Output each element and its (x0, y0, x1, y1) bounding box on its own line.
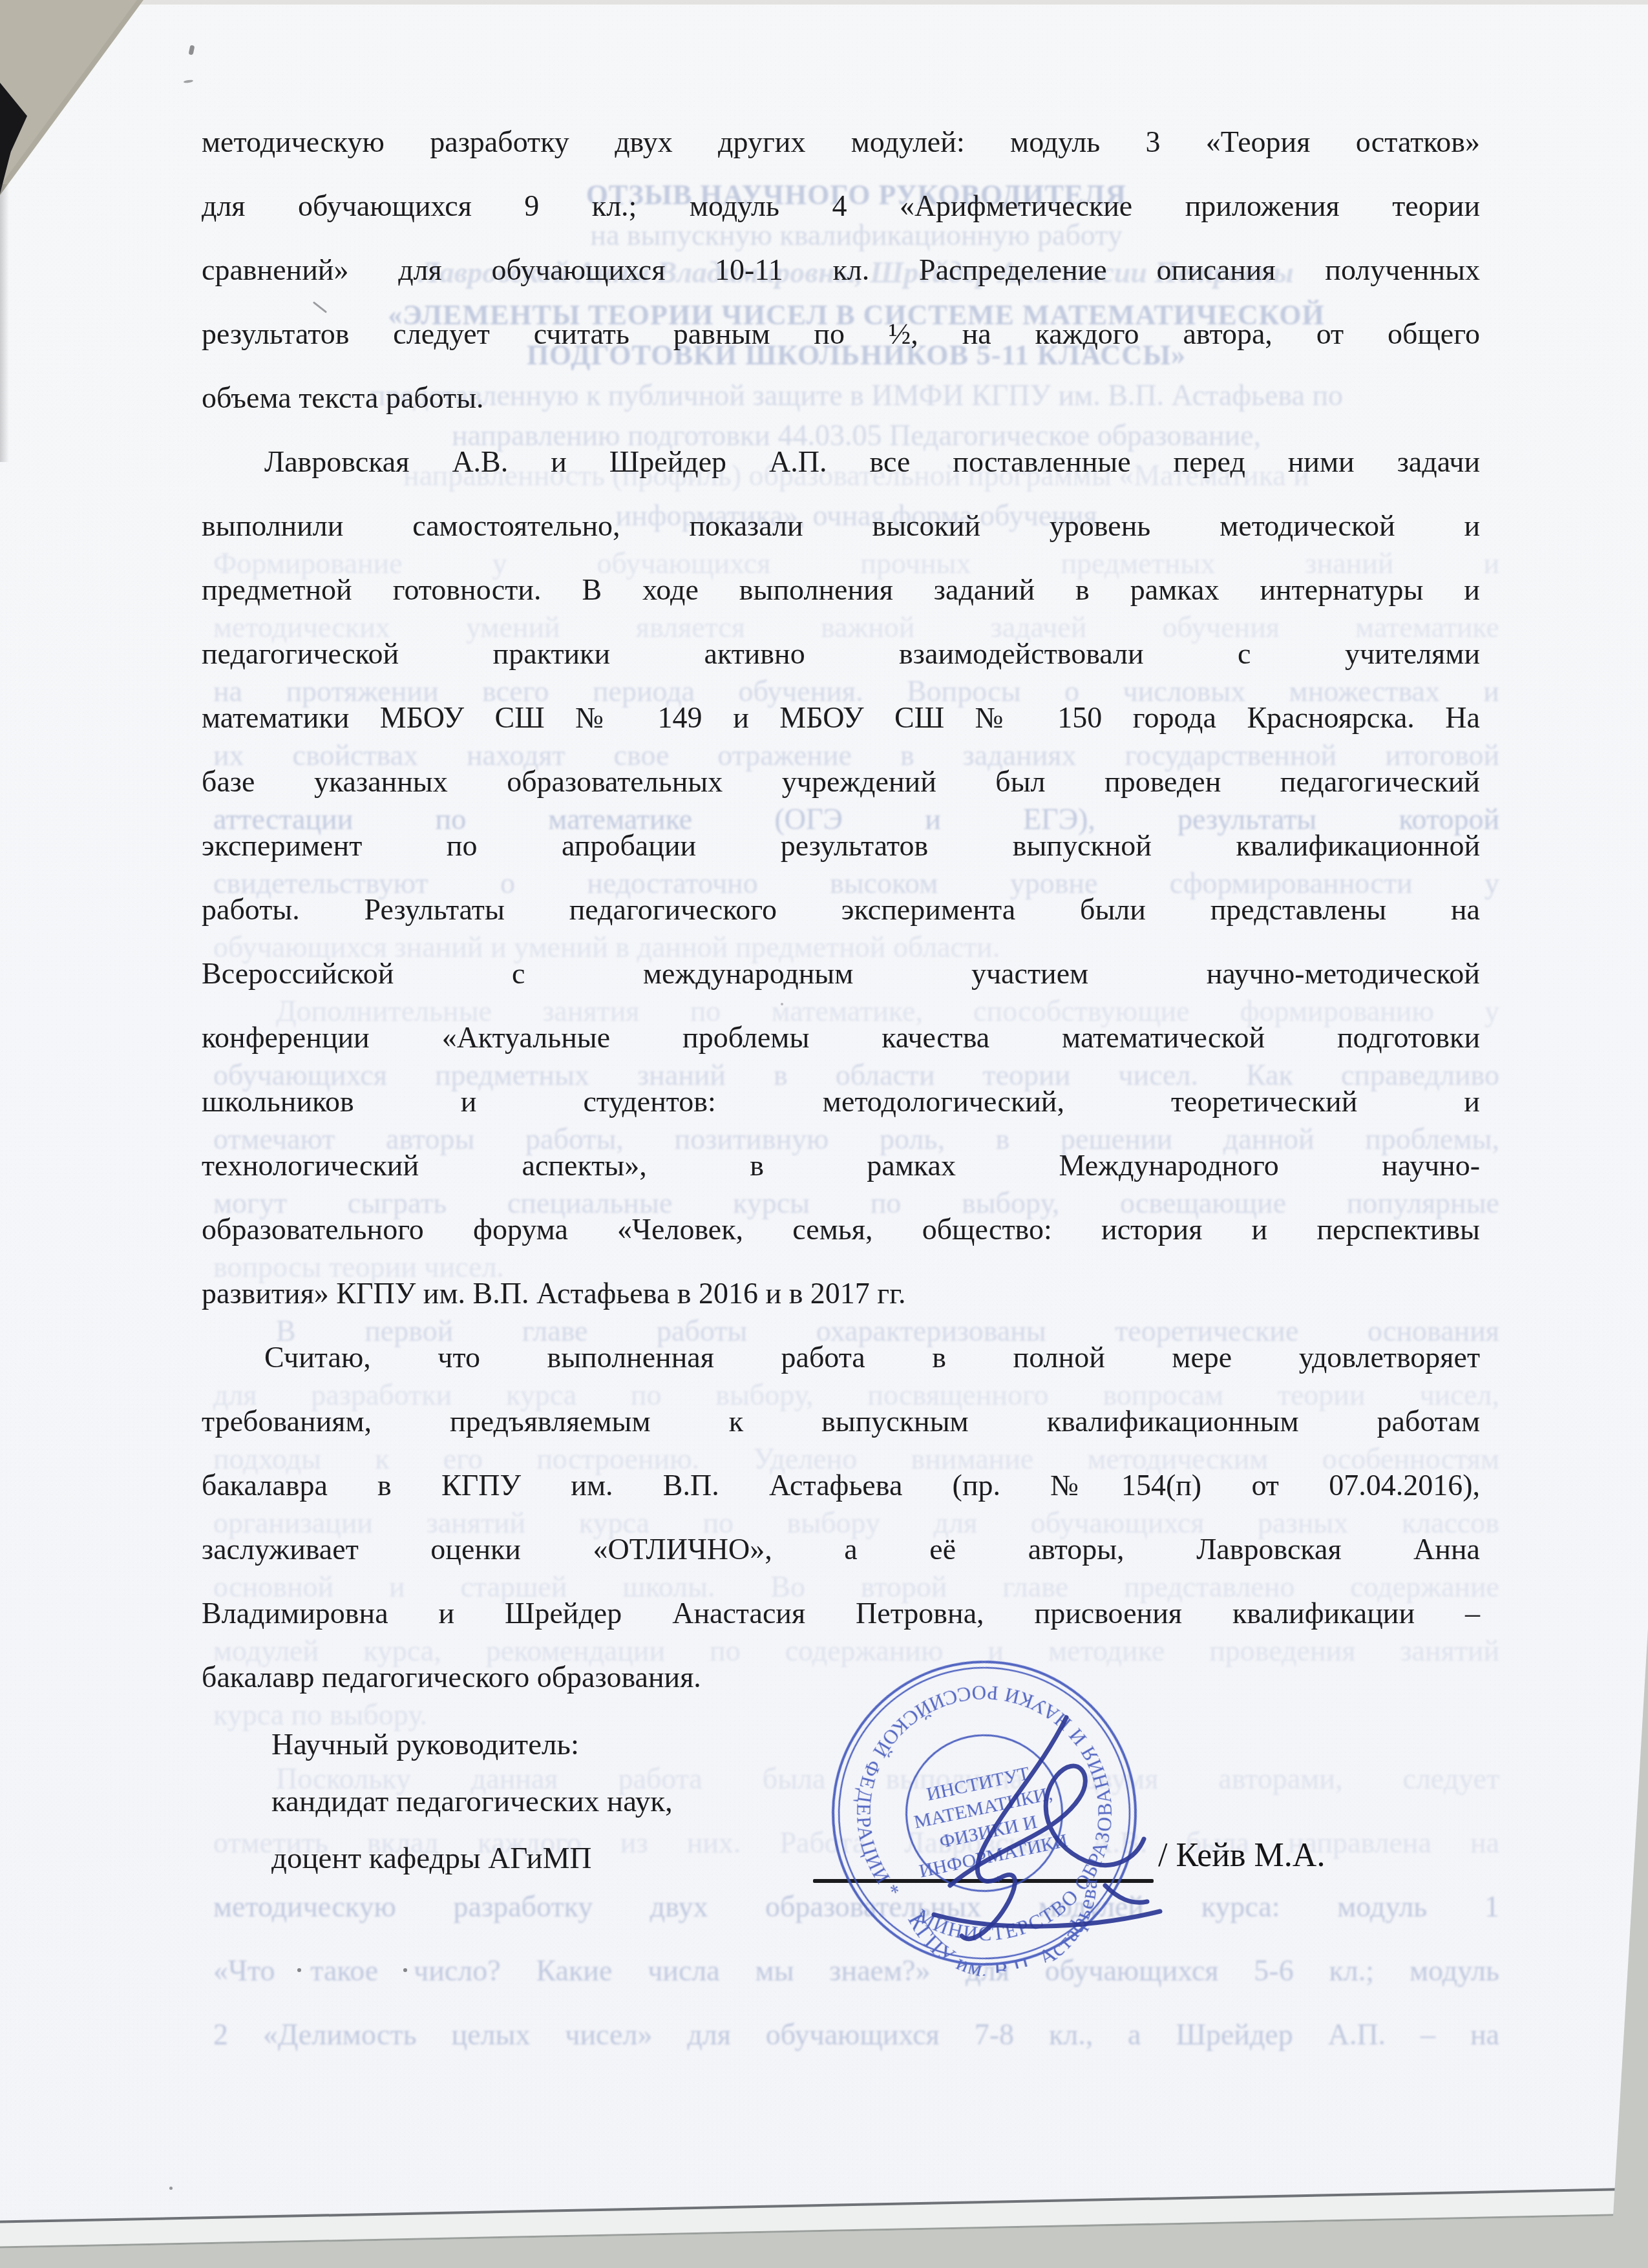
body-text-line: заслуживает оценки «ОТЛИЧНО», а её автор… (202, 1517, 1480, 1581)
supervisor-degree: кандидат педагогических наук, (271, 1773, 853, 1830)
handwritten-signature (872, 1692, 1221, 1969)
body-text-line: Считаю, что выполненная работа в полной … (202, 1325, 1480, 1389)
body-text-line: математики МБОУ СШ № 149 и МБОУ СШ № 150… (202, 686, 1480, 750)
scan-speck (169, 2187, 173, 2190)
body-text-line: бакалавра в КГПУ им. В.П. Астафьева (пр.… (202, 1453, 1480, 1517)
scan-speck (297, 1968, 301, 1972)
body-text-line: школьников и студентов: методологический… (202, 1069, 1480, 1133)
supervisor-title: Научный руководитель: (271, 1716, 853, 1773)
body-text-line: развития» КГПУ им. В.П. Астафьева в 2016… (202, 1261, 1480, 1325)
scan-speck (403, 1968, 407, 1972)
body-text-line: методическую разработку двух других моду… (202, 110, 1480, 174)
body-text-line: требованиям, предъявляемым к выпускным к… (202, 1389, 1480, 1453)
body-text-line: Лавровская А.В. и Шрейдер А.П. все поста… (202, 430, 1480, 494)
body-text-line: эксперимент по апробации результатов вып… (202, 814, 1480, 877)
supervisor-position: доцент кафедры АГиМП (271, 1830, 853, 1887)
body-text-line: конференции «Актуальные проблемы качеств… (202, 1005, 1480, 1069)
signature-block: Научный руководитель: кандидат педагогич… (271, 1716, 853, 1887)
scan-left-edge-shadow (0, 184, 9, 462)
scanned-review-page: ОТЗЫВ НАУЧНОГО РУКОВОДИТЕЛЯна выпускную … (0, 0, 1648, 2268)
body-text-line: объема текста работы. (202, 366, 1480, 430)
body-text-line: педагогической практики активно взаимоде… (202, 622, 1480, 686)
bleed-text-line: 2 «Делимость целых чисел» для обучающихс… (213, 2002, 1499, 2066)
body-text-line: технологический аспекты», в рамках Между… (202, 1133, 1480, 1197)
body-text-line: для обучающихся 9 кл.; модуль 4 «Арифмет… (202, 174, 1480, 238)
body-text-line: Владимировна и Шрейдер Анастасия Петровн… (202, 1581, 1480, 1645)
body-text-line: предметной готовности. В ходе выполнения… (202, 558, 1480, 622)
body-text-line: работы. Результаты педагогического экспе… (202, 877, 1480, 941)
scan-top-edge (0, 0, 1648, 5)
body-text-line: выполнили самостоятельно, показали высок… (202, 494, 1480, 558)
body-text-line: результатов следует считать равным по ½,… (202, 302, 1480, 366)
scan-speck (781, 1003, 783, 1005)
body-text-line: Всероссийской с международным участием н… (202, 941, 1480, 1005)
body-text-line: образовательного форума «Человек, семья,… (202, 1197, 1480, 1261)
review-body-text: методическую разработку двух других моду… (202, 110, 1480, 1709)
body-text-line: сравнений» для обучающихся 10-11 кл. Рас… (202, 238, 1480, 302)
body-text-line: базе указанных образовательных учреждени… (202, 750, 1480, 814)
